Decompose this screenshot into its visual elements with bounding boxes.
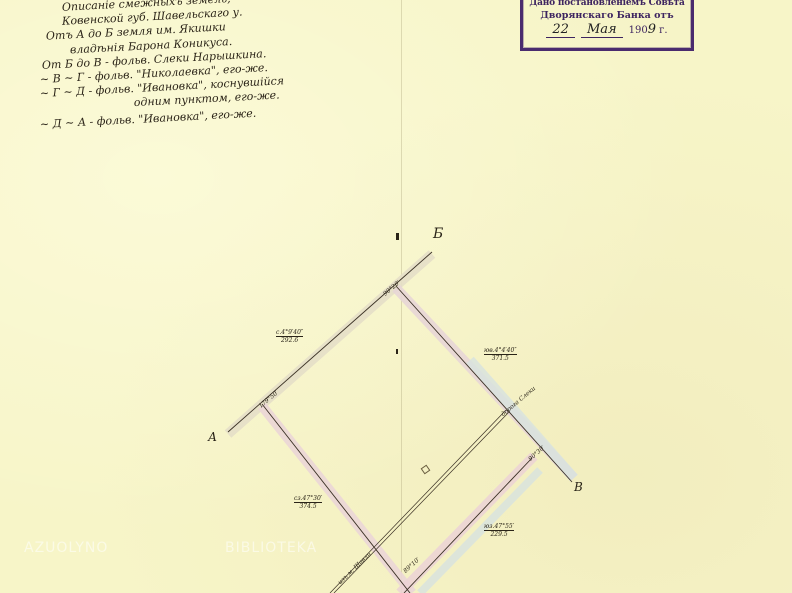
bearing-angle: с.4°9′40″ [276, 329, 303, 337]
bearing-length: 292.6 [276, 337, 303, 344]
bearing-angle: сз.47°30′ [294, 495, 322, 503]
watermark-right: BIBLIOTEKA [225, 540, 317, 556]
land-plot-drawing [0, 0, 792, 593]
corner-label-b: Б [433, 226, 443, 242]
bearing-length: 371.5 [484, 355, 517, 362]
bearing-label-ab: с.4°9′40″ 292.6 [276, 329, 303, 344]
bearing-length: 374.5 [294, 503, 322, 510]
bearing-label-vg: юз.47°55′ 229.5 [484, 523, 514, 538]
boundary-marker [396, 233, 399, 240]
bearing-angle: юз.47°55′ [484, 523, 514, 531]
bearing-length: 229.5 [484, 531, 514, 538]
corner-label-v: В [574, 480, 583, 494]
boundary-marker [396, 349, 398, 354]
bearing-label-bv: юв.4°4′40″ 371.5 [484, 347, 517, 362]
watermark-left: AZUOLYNO [24, 540, 108, 556]
corner-label-a: А [208, 430, 217, 444]
bearing-label-ga: сз.47°30′ 374.5 [294, 495, 322, 510]
bearing-angle: юв.4°4′40″ [484, 347, 517, 355]
